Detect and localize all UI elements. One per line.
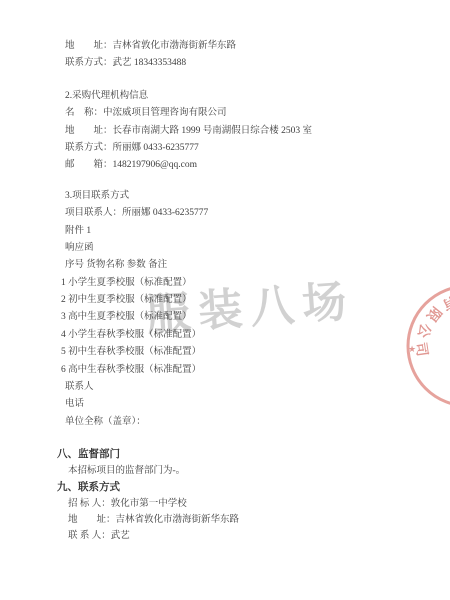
- goods-list-item: 2 初中生夏季校服（标准配置）: [61, 292, 440, 309]
- contact-bidder-line: 招 标 人：敦化市第一中学校: [68, 496, 440, 512]
- contact-section-heading: 九、联系方式: [57, 480, 440, 496]
- agency-email-line: 邮 箱：1482197906@qq.com: [65, 157, 440, 174]
- goods-list-item: 4 小学生春秋季校服（标准配置）: [61, 327, 440, 344]
- response-unit-label: 单位全称（盖章）：: [65, 414, 440, 431]
- document-content: 地 址：吉林省敦化市渤海街新华东路 联系方式：武艺 18343353488 2.…: [65, 38, 440, 544]
- attachment-label: 附件 1: [65, 223, 440, 240]
- goods-list-item: 6 高中生春秋季校服（标准配置）: [61, 362, 440, 379]
- bidder-contact-line: 联系方式：武艺 18343353488: [65, 55, 440, 72]
- attachment-title: 响应函: [65, 240, 440, 257]
- response-phone-label: 电话: [65, 396, 440, 413]
- spacer: [65, 73, 440, 88]
- supervision-heading: 八、监督部门: [57, 447, 440, 463]
- contact-person-line: 联 系 人：武艺: [68, 528, 440, 544]
- spacer: [65, 175, 440, 188]
- agency-address-line: 地 址：长春市南湖大路 1999 号南湖假日综合楼 2503 室: [65, 123, 440, 140]
- agency-name-line: 名 称：中浤威项目管理咨询有限公司: [65, 105, 440, 122]
- contact-address-line: 地 址：吉林省敦化市渤海街新华东路: [68, 512, 440, 528]
- supervision-body: 本招标项目的监督部门为-。: [68, 463, 440, 479]
- spacer: [65, 431, 440, 447]
- goods-list-item: 1 小学生夏季校服（标准配置）: [61, 275, 440, 292]
- response-contact-label: 联系人: [65, 379, 440, 396]
- bidder-address-line: 地 址：吉林省敦化市渤海街新华东路: [65, 38, 440, 55]
- agency-contact-line: 联系方式：所丽娜 0433-6235777: [65, 140, 440, 157]
- goods-table-header: 序号 货物名称 参数 备注: [65, 257, 440, 274]
- project-contact-heading: 3.项目联系方式: [65, 188, 440, 205]
- project-contact-line: 项目联系人：所丽娜 0433-6235777: [65, 205, 440, 222]
- goods-list-item: 5 初中生春秋季校服（标准配置）: [61, 344, 440, 361]
- goods-list-item: 3 高中生夏季校服（标准配置）: [61, 309, 440, 326]
- document-page: 服装八场 有限公司 ★ 地 址：吉林省敦化市渤海街新华东路 联系方式：武艺 18…: [0, 0, 450, 600]
- agency-section-heading: 2.采购代理机构信息: [65, 88, 440, 105]
